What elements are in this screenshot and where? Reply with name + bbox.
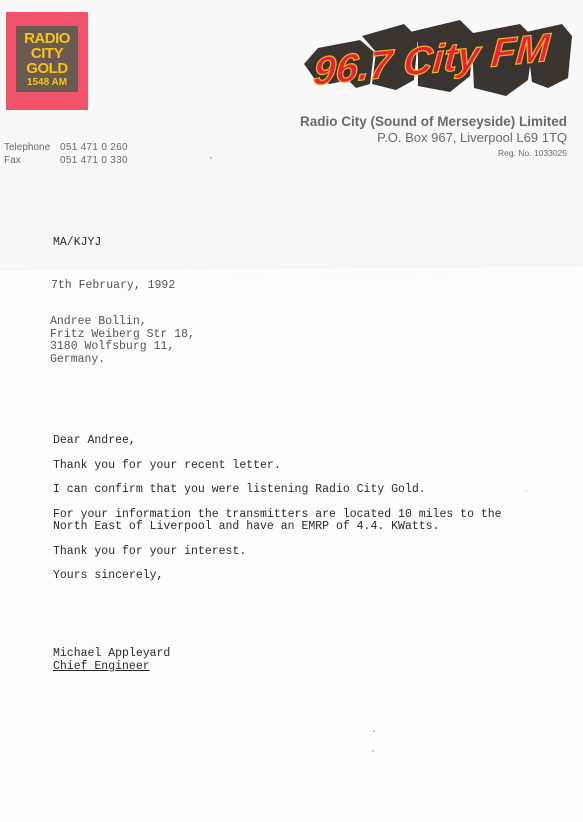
paper-speck — [372, 750, 374, 752]
recipient-line: Andree Bollin, — [50, 316, 195, 329]
gold-logo-line-city: CITY — [31, 46, 63, 61]
salutation: Dear Andree, — [53, 435, 573, 448]
paper-speck — [373, 730, 375, 732]
letter-body: Dear Andree, Thank you for your recent l… — [53, 435, 573, 595]
fax-number: 051 471 0 330 — [60, 154, 128, 167]
letter-page: RADIO CITY GOLD 1548 AM 96.7 City FM Rad… — [0, 0, 583, 822]
radio-city-gold-logo: RADIO CITY GOLD 1548 AM — [6, 12, 88, 110]
telephone-label: Telephone — [4, 141, 60, 154]
letter-date: 7th February, 1992 — [51, 279, 175, 292]
gold-logo-line-radio: RADIO — [24, 31, 70, 46]
closing: Yours sincerely, — [53, 570, 573, 583]
body-paragraph: Thank you for your interest. — [53, 546, 573, 559]
signatory-name: Michael Appleyard — [53, 648, 170, 661]
paper-speck — [210, 157, 212, 159]
recipient-line: Germany. — [50, 354, 195, 367]
company-address: P.O. Box 967, Liverpool L69 1TQ — [300, 130, 567, 145]
body-paragraph: Thank you for your recent letter. — [53, 460, 573, 473]
telephone-number: 051 471 0 260 — [60, 141, 128, 154]
signature-block: Michael Appleyard Chief Engineer — [53, 648, 170, 673]
recipient-address: Andree Bollin, Fritz Weiberg Str 18, 318… — [50, 316, 195, 366]
contact-block: Telephone 051 471 0 260 Fax 051 471 0 33… — [4, 141, 128, 167]
letter-reference: MA/KJYJ — [53, 236, 101, 249]
recipient-line: 3180 Wolfsburg 11, — [50, 341, 195, 354]
body-paragraph: I can confirm that you were listening Ra… — [53, 484, 573, 497]
body-paragraph: For your information the transmitters ar… — [53, 509, 573, 534]
fax-label: Fax — [4, 154, 60, 167]
company-registration: Reg. No. 1033025 — [300, 146, 567, 160]
company-block: Radio City (Sound of Merseyside) Limited… — [300, 114, 567, 160]
gold-logo-frequency: 1548 AM — [27, 78, 67, 88]
city-fm-logo-graphic: 96.7 City FM — [300, 18, 572, 102]
paper-speck — [525, 490, 527, 492]
gold-logo-line-gold: GOLD — [26, 61, 67, 76]
signatory-title: Chief Engineer — [53, 661, 170, 674]
company-name: Radio City (Sound of Merseyside) Limited — [300, 114, 567, 130]
city-fm-logo: 96.7 City FM — [300, 18, 572, 102]
